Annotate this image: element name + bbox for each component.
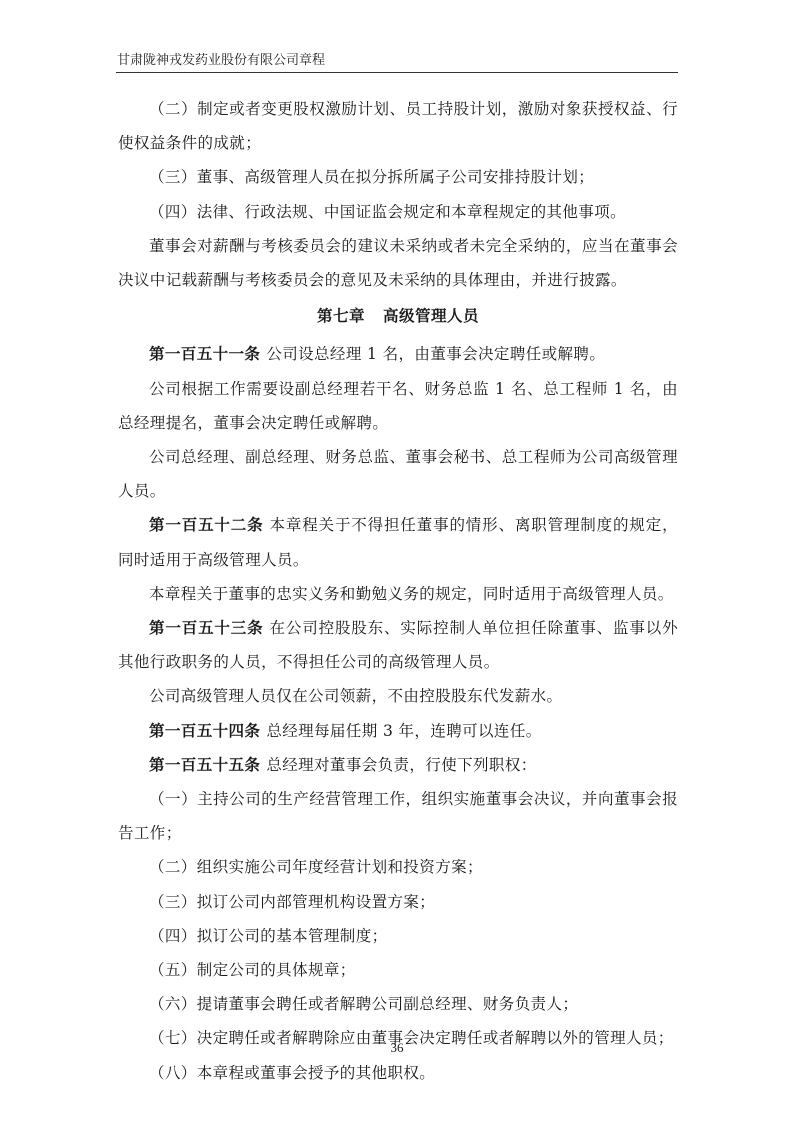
article-label: 第一百五十四条 bbox=[149, 721, 260, 740]
list-item: （六）提请董事会聘任或者解聘公司副总经理、财务负责人； bbox=[118, 987, 678, 1021]
paragraph: （四）法律、行政法规、中国证监会规定和本章程规定的其他事项。 bbox=[118, 195, 678, 229]
chapter-title: 高级管理人员 bbox=[383, 306, 479, 325]
article-152: 第一百五十二条本章程关于不得担任董事的情形、离职管理制度的规定，同时适用于高级管… bbox=[118, 508, 678, 576]
list-item: （三）拟订公司内部管理机构设置方案； bbox=[118, 885, 678, 919]
document-header: 甘肃陇神戎发药业股份有限公司章程 bbox=[117, 49, 677, 68]
article-151: 第一百五十一条公司设总经理 1 名，由董事会决定聘任或解聘。 bbox=[118, 337, 678, 371]
paragraph: （三）董事、高级管理人员在拟分拆所属子公司安排持股计划； bbox=[118, 160, 678, 194]
article-label: 第一百五十二条 bbox=[149, 515, 264, 534]
article-text: 总经理对董事会负责，行使下列职权： bbox=[266, 756, 536, 774]
chapter-heading: 第七章高级管理人员 bbox=[118, 299, 678, 333]
paragraph: 公司根据工作需要设副总经理若干名、财务总监 1 名、总工程师 1 名，由总经理提… bbox=[118, 372, 678, 440]
article-label: 第一百五十五条 bbox=[149, 755, 260, 774]
page-number: 36 bbox=[0, 1040, 794, 1056]
chapter-number: 第七章 bbox=[317, 306, 365, 325]
header-rule bbox=[116, 72, 678, 73]
article-text: 公司设总经理 1 名，由董事会决定聘任或解聘。 bbox=[266, 345, 605, 363]
list-item: （四）拟订公司的基本管理制度； bbox=[118, 919, 678, 953]
list-item: （二）组织实施公司年度经营计划和投资方案； bbox=[118, 850, 678, 884]
article-label: 第一百五十三条 bbox=[149, 618, 264, 637]
list-item: （五）制定公司的具体规章； bbox=[118, 953, 678, 987]
article-label: 第一百五十一条 bbox=[149, 344, 260, 363]
article-155: 第一百五十五条总经理对董事会负责，行使下列职权： bbox=[118, 748, 678, 782]
paragraph: （二）制定或者变更股权激励计划、员工持股计划，激励对象获授权益、行使权益条件的成… bbox=[118, 92, 678, 160]
paragraph: 公司高级管理人员仅在公司领薪，不由控股股东代发薪水。 bbox=[118, 679, 678, 713]
article-153: 第一百五十三条在公司控股股东、实际控制人单位担任除董事、监事以外其他行政职务的人… bbox=[118, 611, 678, 679]
paragraph: 公司总经理、副总经理、财务总监、董事会秘书、总工程师为公司高级管理人员。 bbox=[118, 440, 678, 508]
article-154: 第一百五十四条总经理每届任期 3 年，连聘可以连任。 bbox=[118, 714, 678, 748]
list-item: （一）主持公司的生产经营管理工作，组织实施董事会决议，并向董事会报告工作； bbox=[118, 782, 678, 850]
document-body: （二）制定或者变更股权激励计划、员工持股计划，激励对象获授权益、行使权益条件的成… bbox=[118, 92, 678, 1090]
article-text: 总经理每届任期 3 年，连聘可以连任。 bbox=[266, 722, 541, 740]
paragraph: 董事会对薪酬与考核委员会的建议未采纳或者未完全采纳的，应当在董事会决议中记载薪酬… bbox=[118, 229, 678, 297]
list-item: （八）本章程或董事会授予的其他职权。 bbox=[118, 1056, 678, 1090]
paragraph: 本章程关于董事的忠实义务和勤勉义务的规定，同时适用于高级管理人员。 bbox=[118, 577, 678, 611]
